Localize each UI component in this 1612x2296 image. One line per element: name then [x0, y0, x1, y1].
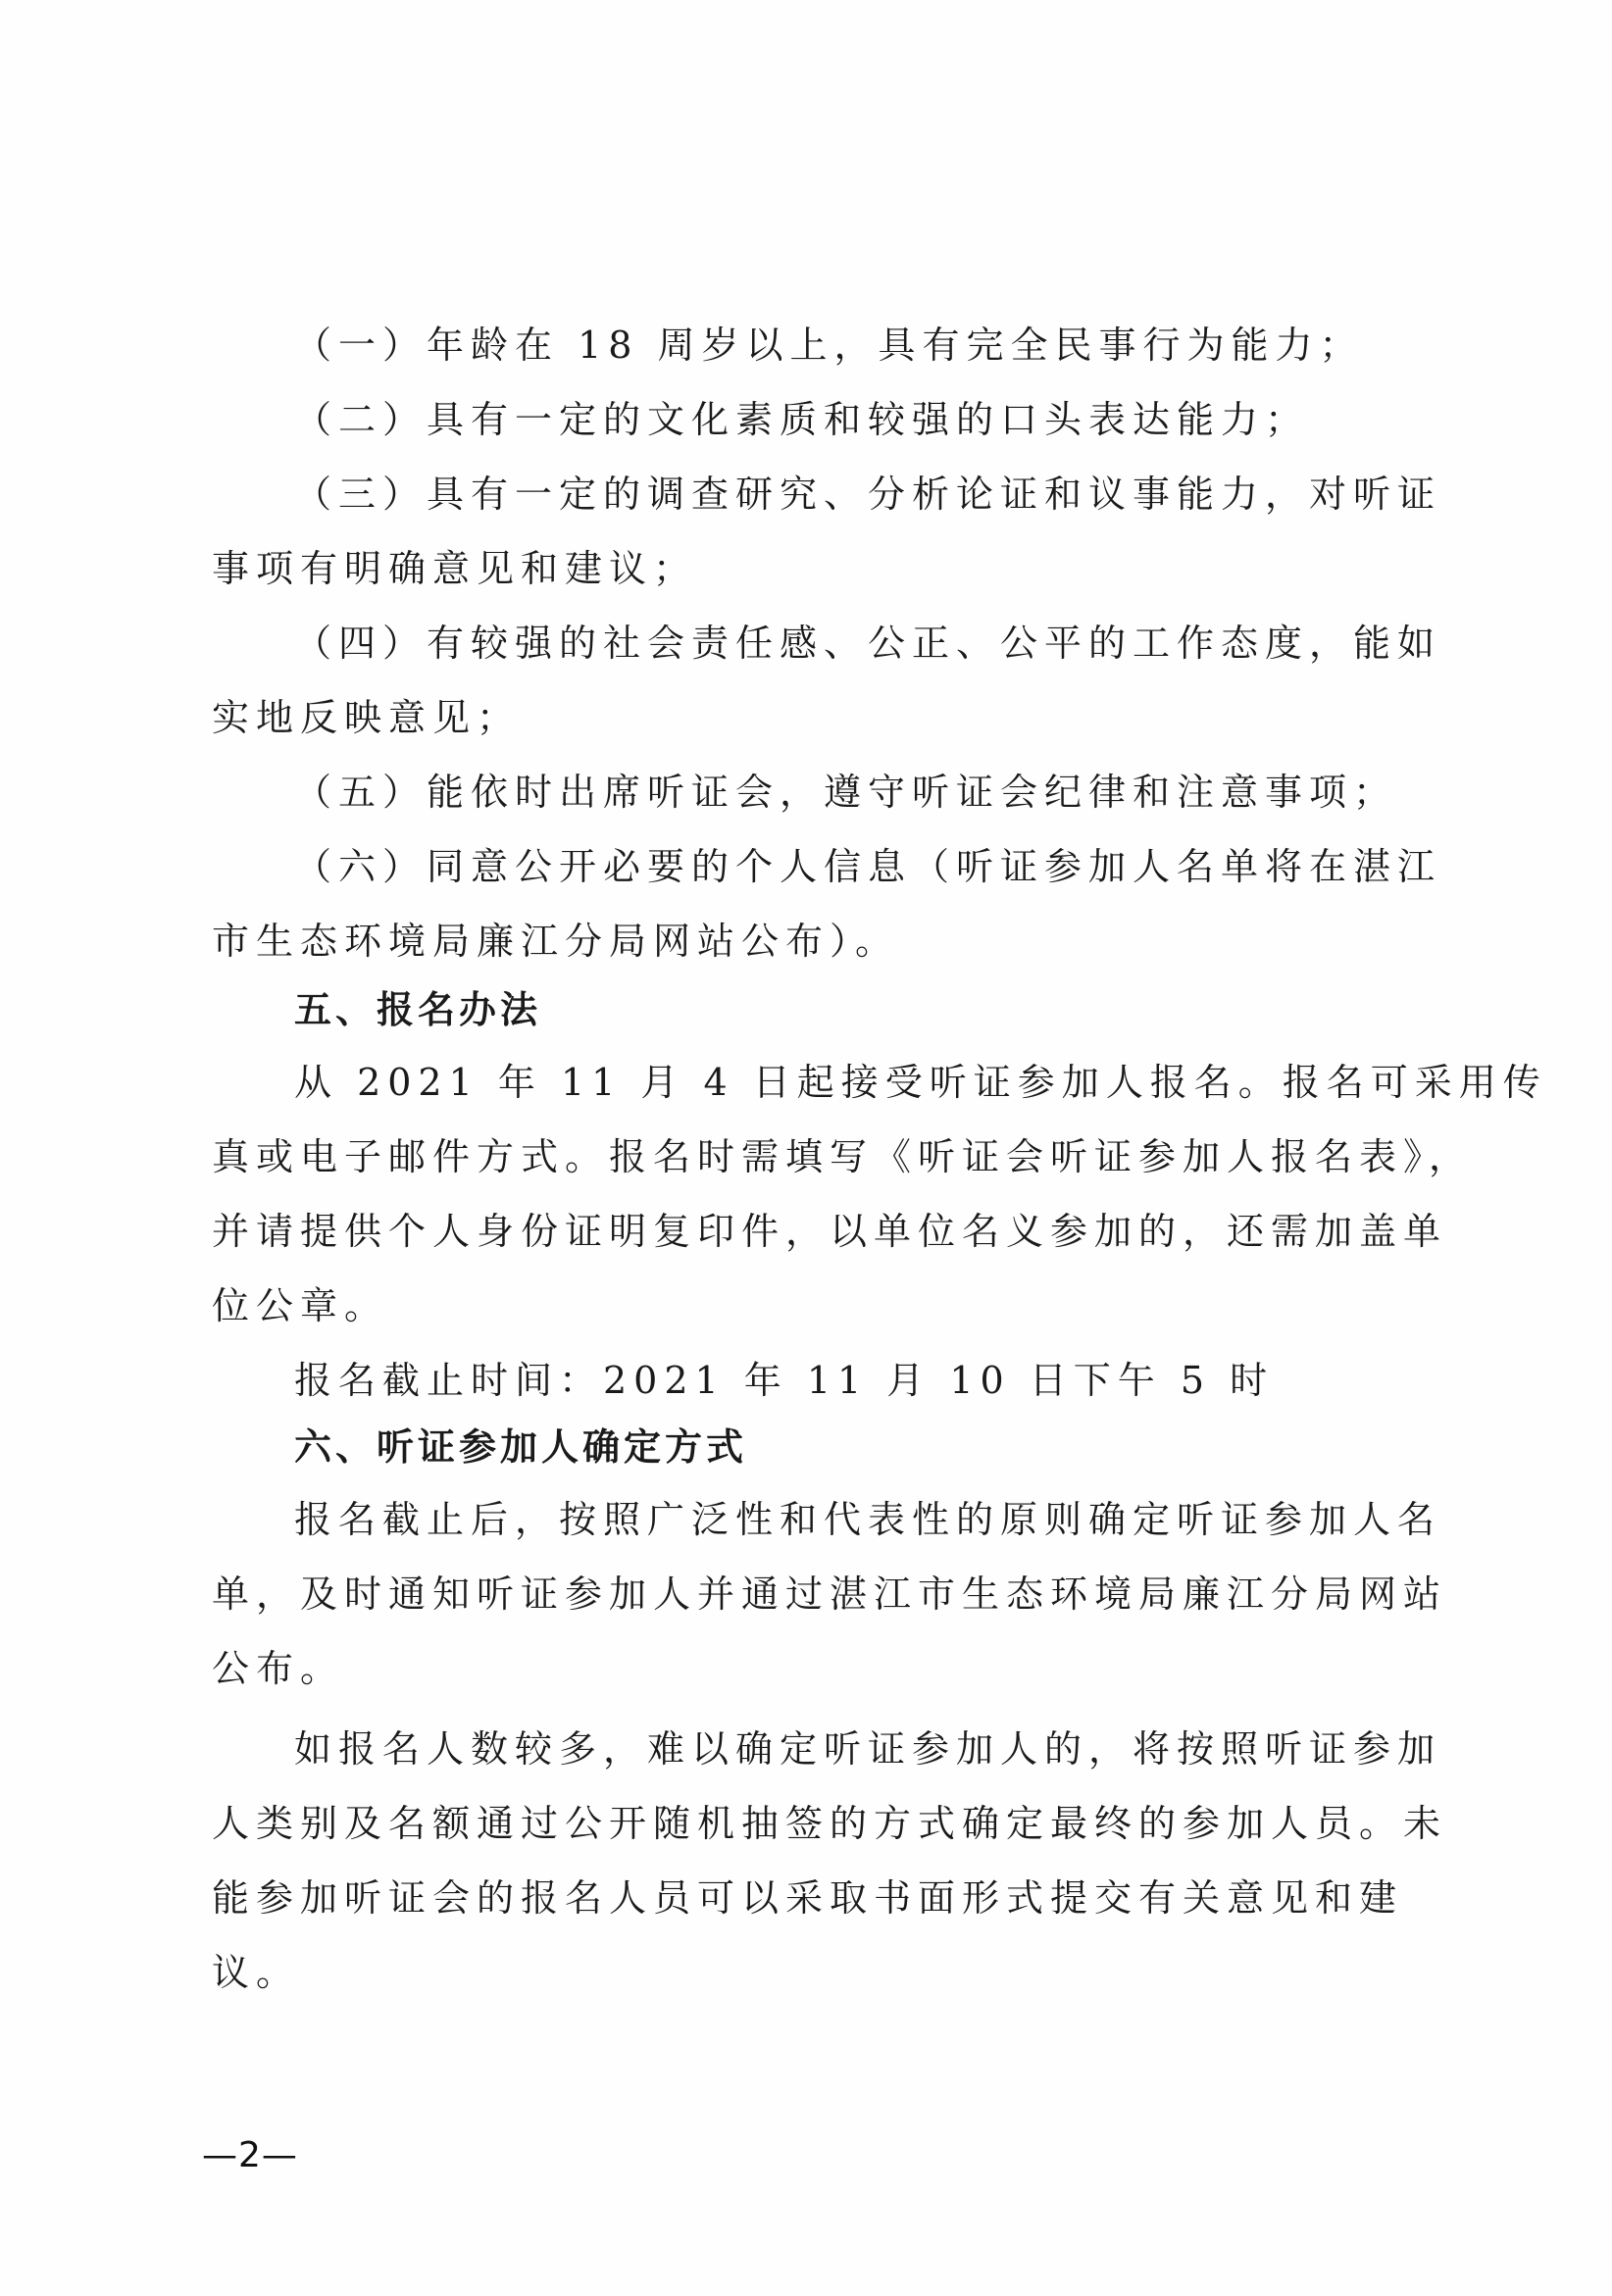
eligibility-item-4-cont: 实地反映意见；: [212, 694, 1406, 741]
eligibility-item-1: （一）年龄在 18 周岁以上，具有完全民事行为能力；: [294, 322, 1406, 369]
paragraph-line: 位公章。: [212, 1282, 1406, 1329]
paragraph-line: 并请提供个人身份证明复印件，以单位名义参加的，还需加盖单: [212, 1208, 1406, 1255]
paragraph-line: 公布。: [212, 1645, 1406, 1692]
eligibility-item-6: （六）同意公开必要的个人信息（听证参加人名单将在湛江: [294, 843, 1406, 890]
eligibility-item-6-cont: 市生态环境局廉江分局网站公布）。: [212, 918, 1406, 965]
page-number: —2—: [202, 2135, 298, 2175]
eligibility-item-5: （五）能依时出席听证会，遵守听证会纪律和注意事项；: [294, 769, 1406, 816]
paragraph-line: 人类别及名额通过公开随机抽签的方式确定最终的参加人员。未: [212, 1800, 1406, 1847]
paragraph-line: 如报名人数较多，难以确定听证参加人的，将按照听证参加: [294, 1725, 1406, 1772]
paragraph-line: 议。: [212, 1949, 1406, 1996]
eligibility-item-3: （三）具有一定的调查研究、分析论证和议事能力，对听证: [294, 471, 1406, 518]
document-page: （一）年龄在 18 周岁以上，具有完全民事行为能力； （二）具有一定的文化素质和…: [0, 0, 1612, 2296]
paragraph-line: 报名截止后，按照广泛性和代表性的原则确定听证参加人名: [294, 1496, 1406, 1543]
paragraph-line: 能参加听证会的报名人员可以采取书面形式提交有关意见和建: [212, 1874, 1406, 1922]
paragraph-line: 单，及时通知听证参加人并通过湛江市生态环境局廉江分局网站: [212, 1571, 1406, 1618]
section-heading-participant-selection: 六、听证参加人确定方式: [294, 1423, 1406, 1471]
eligibility-item-4: （四）有较强的社会责任感、公正、公平的工作态度，能如: [294, 620, 1406, 667]
eligibility-item-2: （二）具有一定的文化素质和较强的口头表达能力；: [294, 396, 1406, 443]
paragraph-line: 真或电子邮件方式。报名时需填写《听证会听证参加人报名表》，: [212, 1133, 1406, 1180]
eligibility-item-3-cont: 事项有明确意见和建议；: [212, 545, 1406, 592]
registration-deadline: 报名截止时间：2021 年 11 月 10 日下午 5 时: [294, 1357, 1406, 1404]
paragraph-line: 从 2021 年 11 月 4 日起接受听证参加人报名。报名可采用传: [294, 1059, 1406, 1106]
section-heading-registration: 五、报名办法: [294, 986, 1406, 1033]
